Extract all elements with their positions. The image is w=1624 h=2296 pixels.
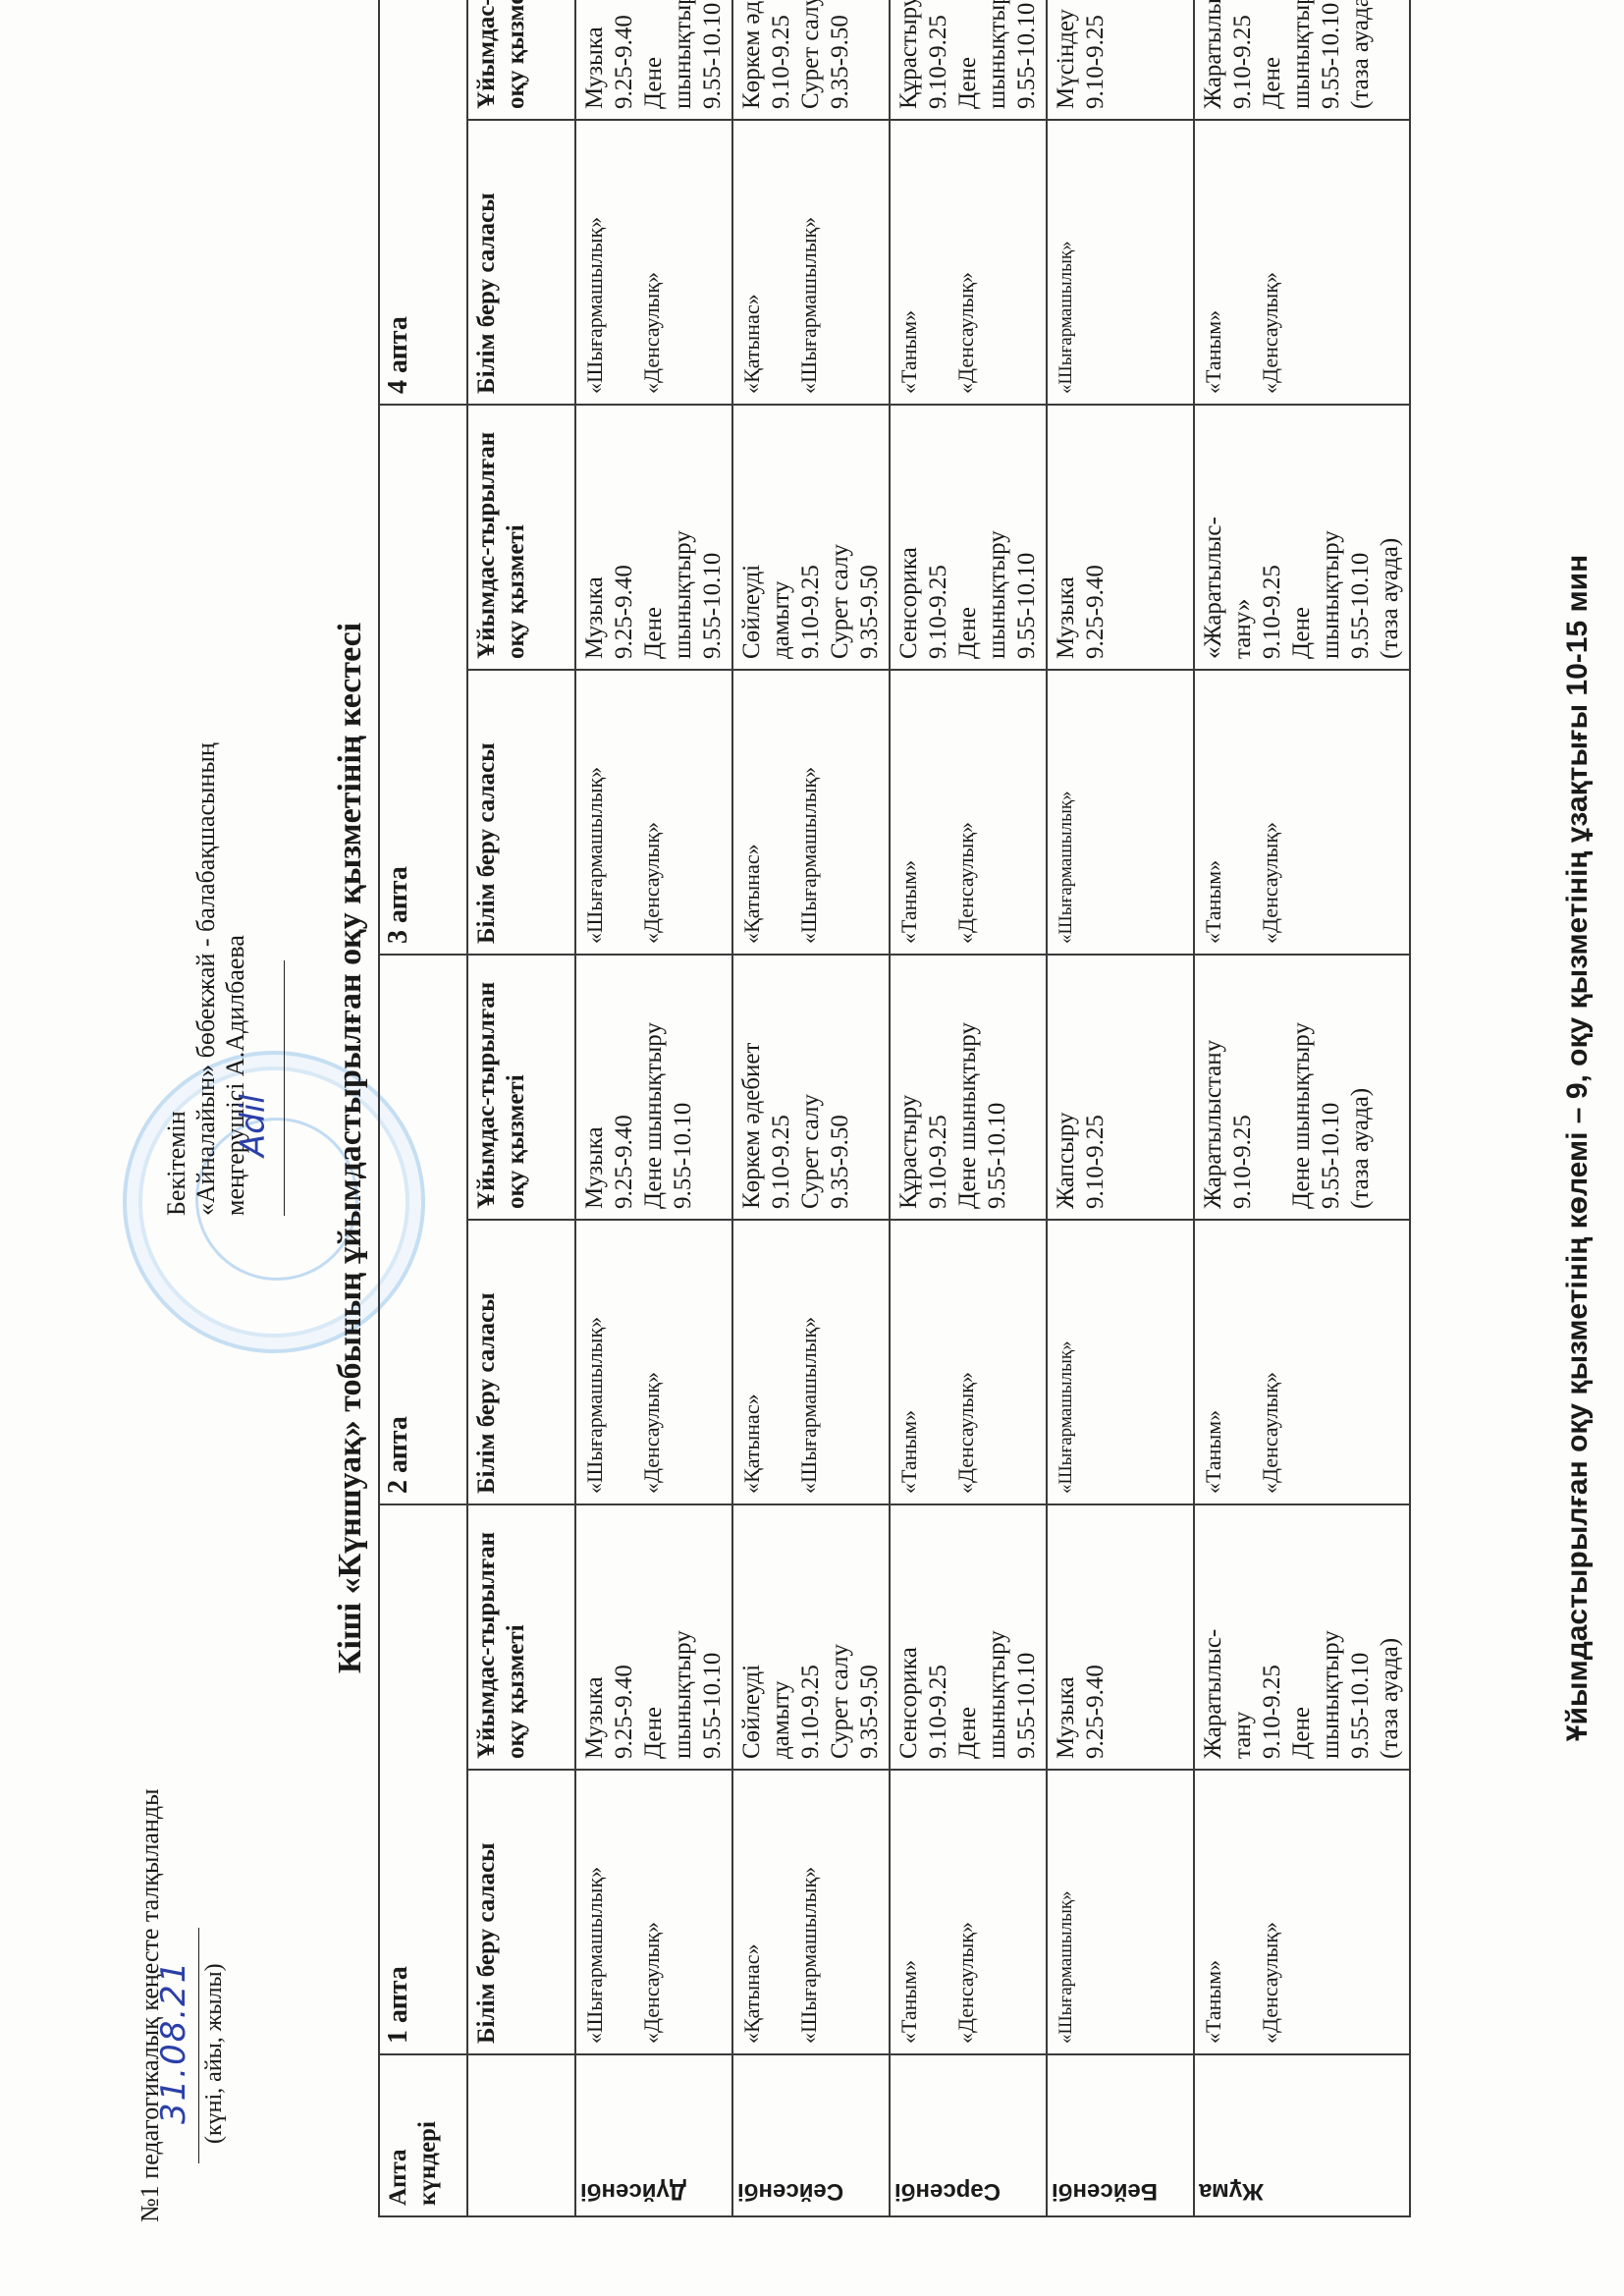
activity-line: Дене шынықтыру [1287, 965, 1317, 1209]
activity-line: Жаратылыстану [1199, 0, 1228, 109]
activity-line [1258, 965, 1287, 1209]
area-cell: «Таным»«Денсаулық» [890, 1770, 1047, 2054]
activity-line: 9.55-10.10 [1317, 965, 1346, 1209]
activity-cell: Сөйлеудідамыту9.10-9.25Сурет салу9.35-9.… [732, 405, 890, 670]
education-area: «Шығармашылық» [580, 131, 610, 394]
education-area: «Шығармашылық» [794, 1780, 824, 2044]
area-cell: «Таным»«Денсаулық» [1194, 120, 1410, 405]
day-cell: Бейсенбі [1047, 2054, 1194, 2216]
area-cell: «Таным»«Денсаулық» [890, 120, 1047, 405]
activity-line: 9.10-9.25 [924, 1515, 953, 1759]
education-area: «Денсаулық» [951, 1780, 981, 2044]
day-label: Дүйсенбі [580, 2176, 686, 2206]
day-label: Жұма [1199, 2176, 1264, 2206]
activity-line: (таза ауада) [1346, 965, 1376, 1209]
activity-line: шынықтыру [1317, 1515, 1346, 1759]
activity-line: 9.35-9.50 [855, 415, 885, 659]
activity-line: 9.55-10.10 [1012, 415, 1042, 659]
activity-line: шынықтыру [1317, 415, 1346, 659]
education-area: «Денсаулық» [951, 131, 981, 394]
education-area: «Денсаулық» [1256, 131, 1285, 394]
education-area: «Шығармашылық» [580, 1230, 610, 1494]
activity-cell: Жаратылыстану9.10-9.25 Дене шынықтыру9.5… [1194, 955, 1410, 1220]
area-cell: «Қатынас»«Шығармашылық» [732, 120, 890, 405]
activity-cell: Музыка9.25-9.40Денешынықтыру9.55-10.10 [575, 405, 732, 670]
table-row: Дүйсенбі«Шығармашылық»«Денсаулық»Музыка9… [575, 0, 732, 2216]
activity-line: Сенсорика [894, 1515, 924, 1759]
day-cell: Дүйсенбі [575, 2054, 732, 2216]
activity-line: Дене [1287, 415, 1317, 659]
activity-line: шынықтыру [669, 0, 698, 109]
activity-line: 9.55-10.10 [1346, 1515, 1376, 1759]
activity-line: Музыка [1052, 1515, 1081, 1759]
education-area: «Шығармашылық» [580, 681, 610, 944]
activity-line: Сурет салу [826, 415, 855, 659]
activity-header: Ұйымдас-тырылған оқу қызметі [467, 1504, 575, 1770]
activity-line: 9.35-9.50 [826, 0, 855, 109]
table-row: Жұма«Таным»«Денсаулық»Жаратылыс-тану9.10… [1194, 0, 1410, 2216]
activity-cell: Көркем әдебиет9.10-9.25Сурет салу9.35-9.… [732, 0, 890, 120]
activity-line: дамыту [767, 415, 796, 659]
activity-line: Сөйлеуді [737, 1515, 767, 1759]
activity-line: Жапсыру [1052, 965, 1081, 1209]
activity-cell: Сенсорика9.10-9.25Денешынықтыру9.55-10.1… [890, 1504, 1047, 1770]
activity-line: Мүсіндеу [1052, 0, 1081, 109]
education-area: «Таным» [1199, 131, 1228, 394]
activity-line: шынықтыру [983, 1515, 1012, 1759]
activity-line: 9.25-9.40 [610, 965, 639, 1209]
area-cell: «Шығармашылық»«Денсаулық» [575, 1770, 732, 2054]
area-cell: «Шығармашылық»«Денсаулық» [575, 1220, 732, 1504]
week-header: 1 апта [379, 1504, 467, 2054]
activity-line: Сурет салу [796, 965, 826, 1209]
activity-line: 9.10-9.25 [1258, 1515, 1287, 1759]
activity-cell: Құрастыру9.10-9.25Дене шынықтыру9.55-10.… [890, 955, 1047, 1220]
education-area: «Таным» [894, 681, 924, 944]
activity-line: Дене [953, 0, 983, 109]
activity-line: 9.10-9.25 [1081, 0, 1110, 109]
activity-line: Сурет салу [796, 0, 826, 109]
activity-line: «Жаратылыс- [1199, 415, 1228, 659]
education-area: «Шығармашылық» [580, 1780, 610, 2044]
education-area: «Таным» [894, 1230, 924, 1494]
activity-line: 9.10-9.25 [1258, 415, 1287, 659]
activity-line: дамыту [767, 1515, 796, 1759]
activity-line: 9.25-9.40 [610, 0, 639, 109]
document-page: №1 педагогикалық кеңесте талқыланды 31.0… [0, 0, 1624, 2296]
area-header: Білім беру саласы [467, 1770, 575, 2054]
activity-line: шынықтыру [983, 415, 1012, 659]
activity-cell: Музыка9.25-9.40Денешынықтыру9.55-10.10 [575, 1504, 732, 1770]
activity-line: 9.10-9.25 [924, 965, 953, 1209]
activity-line: 9.25-9.40 [610, 415, 639, 659]
activity-line: 9.35-9.50 [826, 965, 855, 1209]
education-area: «Таным» [1199, 681, 1228, 944]
activity-line: Дене [953, 1515, 983, 1759]
activity-line: Сурет салу [826, 1515, 855, 1759]
area-cell: «Шығармашылық» [1047, 1220, 1194, 1504]
activity-line: (таза ауада) [1376, 415, 1405, 659]
activity-line: Көркем әдебиет [737, 965, 767, 1209]
week-header: 3 апта [379, 405, 467, 955]
activity-header: Ұйымдас-тырылған оқу қызметі [467, 955, 575, 1220]
activity-line: Музыка [580, 415, 610, 659]
area-cell: «Таным»«Денсаулық» [1194, 670, 1410, 955]
activity-line: тану» [1228, 415, 1258, 659]
education-area: «Қатынас» [737, 1780, 767, 2044]
activity-line: Көркем әдебиет [737, 0, 767, 109]
day-label: Сәрсенбі [894, 2176, 1001, 2206]
activity-line: шынықтыру [669, 415, 698, 659]
activity-line: Құрастыру [894, 965, 924, 1209]
activity-line: 9.10-9.25 [924, 0, 953, 109]
education-area: «Қатынас» [737, 681, 767, 944]
activity-line: шынықтыру [669, 1515, 698, 1759]
date-caption: (күні, айы, жылы) [199, 1788, 229, 2144]
activity-cell: «Жаратылыс-тану»9.10-9.25Денешынықтыру9.… [1194, 405, 1410, 670]
day-cell: Сейсенбі [732, 2054, 890, 2216]
education-area: «Шығармашылық» [794, 1230, 824, 1494]
education-area: «Таным» [894, 1780, 924, 2044]
activity-header: Ұйымдас-тырылған оқу қызметі [467, 0, 575, 120]
area-cell: «Таным»«Денсаулық» [1194, 1770, 1410, 2054]
activity-line: Музыка [1052, 415, 1081, 659]
day-cell: Сәрсенбі [890, 2054, 1047, 2216]
activity-line: Музыка [580, 1515, 610, 1759]
activity-line: Дене [639, 415, 669, 659]
activity-line: Музыка [580, 0, 610, 109]
activity-line: Дене шынықтыру [953, 965, 983, 1209]
area-cell: «Қатынас»«Шығармашылық» [732, 1220, 890, 1504]
activity-line: 9.25-9.40 [1081, 1515, 1110, 1759]
education-area: «Денсаулық» [1256, 1230, 1285, 1494]
activity-line: 9.10-9.25 [1228, 965, 1258, 1209]
activity-line: Дене [639, 1515, 669, 1759]
activity-line: (таза ауада) [1376, 1515, 1405, 1759]
area-cell: «Таным»«Денсаулық» [890, 1220, 1047, 1504]
area-header: Білім беру саласы [467, 670, 575, 955]
activity-line: 9.10-9.25 [796, 1515, 826, 1759]
education-area: «Шығармашылық» [1052, 1780, 1081, 2044]
education-area: «Шығармашылық» [1052, 681, 1081, 944]
area-cell: «Шығармашылық» [1047, 1770, 1194, 2054]
area-cell: «Шығармашылық»«Денсаулық» [575, 120, 732, 405]
activity-line: 9.35-9.50 [855, 1515, 885, 1759]
activity-line: Құрастыру [894, 0, 924, 109]
week-header-row: Апта күндері 1 апта 2 апта 3 апта 4 апта [379, 0, 467, 2216]
area-header: Білім беру саласы [467, 1220, 575, 1504]
area-cell: «Қатынас»«Шығармашылық» [732, 1770, 890, 2054]
activity-line: 9.25-9.40 [610, 1515, 639, 1759]
area-cell: «Шығармашылық» [1047, 670, 1194, 955]
table-row: Бейсенбі«Шығармашылық»Музыка9.25-9.40«Шы… [1047, 0, 1194, 2216]
activity-line: Жаратылыстану [1199, 965, 1228, 1209]
date-line: 31.08.21 [165, 1928, 199, 2163]
activity-cell: Музыка9.25-9.40 [1047, 405, 1194, 670]
area-cell: «Таным»«Денсаулық» [1194, 1220, 1410, 1504]
education-area: «Шығармашылық» [794, 131, 824, 394]
activity-line: 9.10-9.25 [767, 0, 796, 109]
week-header: 2 апта [379, 955, 467, 1504]
activity-line: 9.55-10.10 [1012, 1515, 1042, 1759]
approval-block: Бекітемін «Айналайын» бөбекжай - балабақ… [162, 742, 285, 1216]
activity-line: шынықтыру [1287, 0, 1317, 109]
activity-line: 9.10-9.25 [796, 415, 826, 659]
activity-line: Дене [639, 0, 669, 109]
activity-line: 9.10-9.25 [767, 965, 796, 1209]
area-cell: «Таным»«Денсаулық» [890, 670, 1047, 955]
activity-line: тану [1228, 1515, 1258, 1759]
sub-header-row: Білім беру саласы Ұйымдас-тырылған оқу қ… [467, 0, 575, 2216]
activity-cell: Көркем әдебиет9.10-9.25Сурет салу9.35-9.… [732, 955, 890, 1220]
activity-cell: Музыка9.25-9.40Дене шынықтыру9.55-10.10 [575, 955, 732, 1220]
week-header: 4 апта [379, 0, 467, 405]
education-area: «Шығармашылық» [794, 681, 824, 944]
approval-line-1: Бекітемін [162, 742, 191, 1216]
activity-header: Ұйымдас-тырылған оқу қызметі [467, 405, 575, 670]
activity-line: Дене [1258, 0, 1287, 109]
day-label: Бейсенбі [1052, 2176, 1158, 2206]
activity-cell: Сөйлеудідамыту9.10-9.25Сурет салу9.35-9.… [732, 1504, 890, 1770]
activity-line: 9.10-9.25 [924, 415, 953, 659]
activity-cell: Жаратылыс-тану9.10-9.25Денешынықтыру9.55… [1194, 1504, 1410, 1770]
education-area: «Таным» [1199, 1780, 1228, 2044]
activity-line: Жаратылыс- [1199, 1515, 1228, 1759]
activity-line: 9.10-9.25 [1228, 0, 1258, 109]
education-area: «Денсаулық» [1256, 1780, 1285, 2044]
empty-header-cell [467, 2054, 575, 2216]
education-area: «Шығармашылық» [1052, 131, 1081, 394]
education-area: «Денсаулық» [951, 1230, 981, 1494]
document-title: Кіші «Күншуақ» тобының ұйымдастырылған о… [332, 0, 369, 2296]
activity-line: 9.55-10.10 [1346, 415, 1376, 659]
activity-line: 9.10-9.25 [1081, 965, 1110, 1209]
handwritten-date: 31.08.21 [159, 1960, 189, 2124]
schedule-body: Дүйсенбі«Шығармашылық»«Денсаулық»Музыка9… [575, 0, 1410, 2216]
activity-line: Дене [953, 415, 983, 659]
activity-line: 9.55-10.10 [698, 0, 728, 109]
education-area: «Денсаулық» [637, 681, 667, 944]
footer-note: Ұйымдастырылған оқу қызметінің көлемі – … [1561, 0, 1595, 2296]
activity-line: 9.55-10.10 [698, 1515, 728, 1759]
area-cell: «Қатынас»«Шығармашылық» [732, 670, 890, 955]
area-header: Білім беру саласы [467, 120, 575, 405]
activity-cell: Музыка9.25-9.40 [1047, 1504, 1194, 1770]
activity-cell: Жапсыру9.10-9.25 [1047, 955, 1194, 1220]
education-area: «Денсаулық» [1256, 681, 1285, 944]
discussed-block: №1 педагогикалық кеңесте талқыланды 31.0… [135, 1788, 229, 2222]
education-area: «Қатынас» [737, 131, 767, 394]
activity-line: 9.55-10.10 [1317, 0, 1346, 109]
education-area: «Таным» [894, 131, 924, 394]
table-row: Сәрсенбі«Таным»«Денсаулық»Сенсорика9.10-… [890, 0, 1047, 2216]
activity-line: Дене [1287, 1515, 1317, 1759]
activity-cell: Мүсіндеу9.10-9.25 [1047, 0, 1194, 120]
education-area: «Денсаулық» [637, 1780, 667, 2044]
day-label: Сейсенбі [737, 2176, 843, 2206]
table-row: Сейсенбі«Қатынас»«Шығармашылық»Сөйлеудід… [732, 0, 890, 2216]
education-area: «Таным» [1199, 1230, 1228, 1494]
activity-line: 9.55-10.10 [669, 965, 698, 1209]
signature-line: Adil [250, 960, 285, 1216]
schedule-table: Апта күндері 1 апта 2 апта 3 апта 4 апта… [378, 0, 1411, 2217]
activity-cell: Жаратылыстану9.10-9.25Денешынықтыру9.55-… [1194, 0, 1410, 120]
activity-line: шынықтыру [983, 0, 1012, 109]
education-area: «Денсаулық» [637, 131, 667, 394]
education-area: «Қатынас» [737, 1230, 767, 1494]
activity-line: Дене шынықтыру [639, 965, 669, 1209]
education-area: «Шығармашылық» [1052, 1230, 1081, 1494]
activity-cell: Сенсорика9.10-9.25Денешынықтыру9.55-10.1… [890, 405, 1047, 670]
day-cell: Жұма [1194, 2054, 1410, 2216]
education-area: «Денсаулық» [951, 681, 981, 944]
activity-line: (таза ауада) [1346, 0, 1376, 109]
area-cell: «Шығармашылық»«Денсаулық» [575, 670, 732, 955]
day-column-header: Апта күндері [379, 2054, 467, 2216]
activity-line: 9.55-10.10 [983, 965, 1012, 1209]
approval-line-2: «Айналайын» бөбекжай - балабақшасының [191, 742, 221, 1216]
signature: Adil [239, 1094, 268, 1157]
area-cell: «Шығармашылық» [1047, 120, 1194, 405]
activity-line: Сөйлеуді [737, 415, 767, 659]
activity-cell: Музыка9.25-9.40Денешынықтыру9.55-10.10 [575, 0, 732, 120]
activity-cell: Құрастыру9.10-9.25Денешынықтыру9.55-10.1… [890, 0, 1047, 120]
activity-line: Сенсорика [894, 415, 924, 659]
activity-line: Музыка [580, 965, 610, 1209]
activity-line: 9.55-10.10 [698, 415, 728, 659]
education-area: «Денсаулық» [637, 1230, 667, 1494]
activity-line: 9.55-10.10 [1012, 0, 1042, 109]
activity-line: 9.25-9.40 [1081, 415, 1110, 659]
